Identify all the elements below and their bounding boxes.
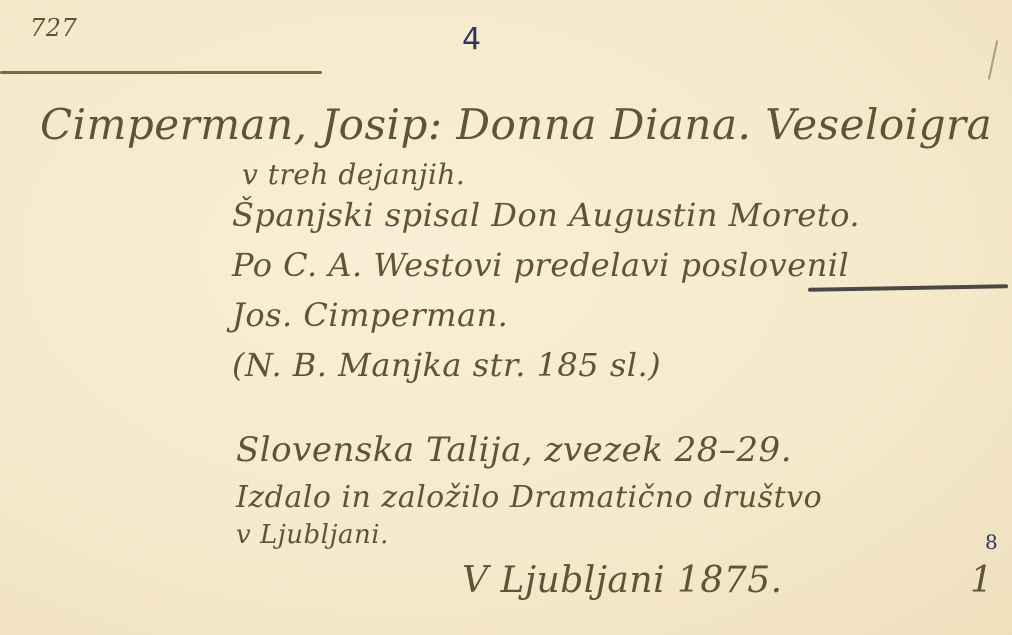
entry-line-3: Španjski spisal Don Augustin Moreto. [232,196,860,234]
entry-line-2: v treh dejanjih. [242,158,465,191]
entry-line-5: Jos. Cimperman. [232,296,508,334]
entry-line-10: V Ljubljani 1875. [462,560,783,601]
entry-line-7: Slovenska Talija, zvezek 28–29. [236,430,792,470]
folio-number-top: 8 [985,530,998,554]
catalog-card: 727 4 Cimperman, Josip: Donna Diana. Ves… [0,0,1012,635]
header-rule [0,71,322,74]
entry-line-1: Cimperman, Josip: Donna Diana. Veseloigr… [40,100,992,149]
entry-line-8: Izdalo in založilo Dramatično društvo [236,480,822,515]
entry-line-4: Po C. A. Westovi predelavi poslovenil [232,246,849,284]
pencil-underline [808,284,1008,291]
entry-line-6: (N. B. Manjka str. 185 sl.) [232,346,661,384]
catalog-number: 727 [30,14,77,42]
shelf-mark: 4 [462,22,482,57]
margin-mark [988,40,998,80]
folio-number-bottom: 1 [970,560,993,601]
entry-line-9: v Ljubljani. [236,520,389,550]
